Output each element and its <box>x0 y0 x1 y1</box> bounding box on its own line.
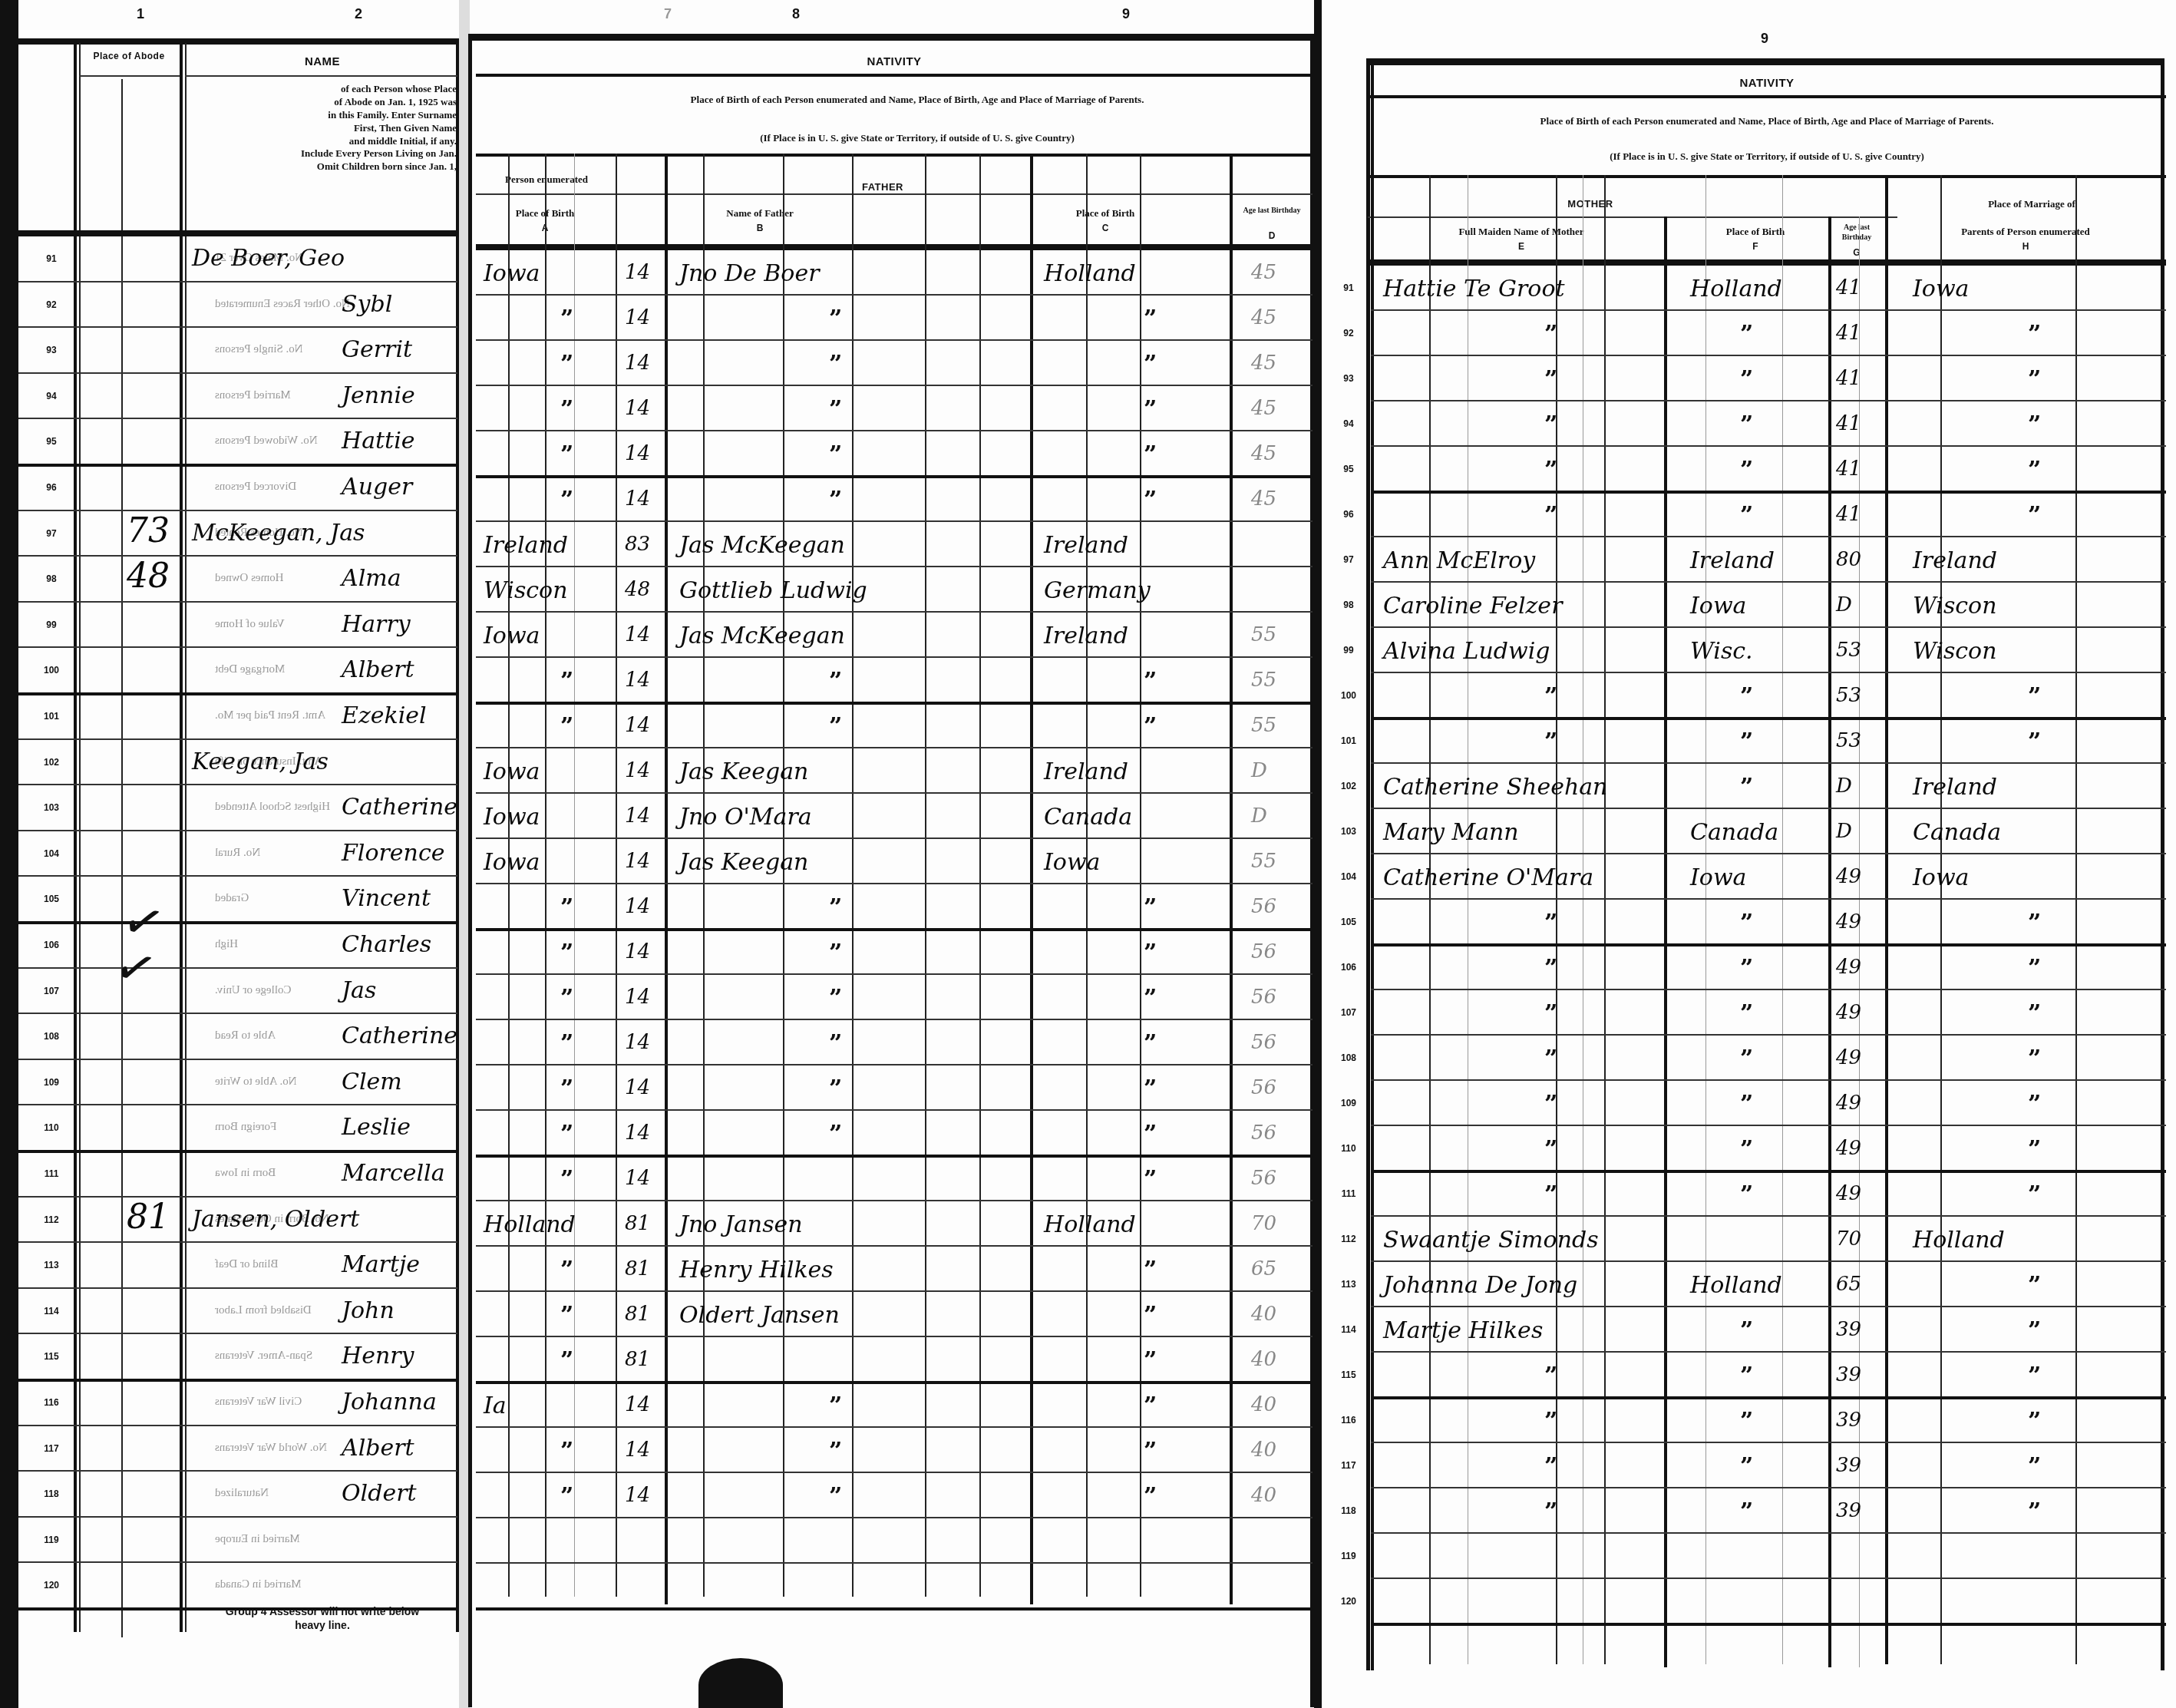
mother-name: ” <box>1544 1501 1557 1524</box>
father-name: Jno Jansen <box>679 1214 803 1237</box>
birthplace-code: 14 <box>625 987 650 1007</box>
col-h-label: Parents of Person enumerated <box>1891 226 2160 239</box>
row-rule <box>18 875 457 877</box>
birthplace-code: 14 <box>625 851 650 871</box>
mother-birthplace: ” <box>1740 1365 1753 1388</box>
person-name: Hattie <box>342 430 415 453</box>
father-birthplace: ” <box>1144 1078 1157 1101</box>
row-number: 107 <box>1329 1007 1368 1018</box>
parents-marriage-place: ” <box>2028 1455 2041 1478</box>
row-rule <box>476 1472 1313 1473</box>
mother-age: 41 <box>1836 414 1861 434</box>
rule <box>852 154 854 1597</box>
row-number: 115 <box>32 1351 71 1362</box>
row-rule <box>476 1155 1313 1158</box>
father-name: ” <box>829 987 842 1010</box>
row-rule <box>1371 989 2166 990</box>
header-bottom-rule <box>18 230 461 236</box>
mother-age: 53 <box>1836 640 1861 660</box>
row-rule <box>18 372 457 374</box>
row-rule <box>476 1426 1313 1428</box>
parents-marriage-place: Iowa <box>1913 278 1969 301</box>
mother-age: 49 <box>1836 912 1861 932</box>
mother-age: 41 <box>1836 368 1861 388</box>
father-birthplace: ” <box>1144 1259 1157 1282</box>
row-number: 94 <box>32 391 71 401</box>
row-number: 96 <box>1329 509 1368 520</box>
col-d-letter: D <box>1237 230 1306 241</box>
row-rule <box>476 611 1313 613</box>
row-rule <box>1371 1623 2166 1626</box>
father-name: Jas McKeegan <box>679 625 845 648</box>
ghost-bleedthrough: Homes Owned <box>215 572 284 585</box>
father-name: Jno De Boer <box>679 263 820 286</box>
column-number-9-right: 9 <box>1761 31 1768 47</box>
mother-birthplace: ” <box>1740 504 1753 527</box>
mother-age: D <box>1836 821 1852 841</box>
ghost-bleedthrough: College or Univ. <box>215 984 291 997</box>
row-rule <box>18 1425 457 1426</box>
father-birthplace: ” <box>1144 444 1157 467</box>
ghost-bleedthrough: High <box>215 938 238 951</box>
row-number: 104 <box>1329 871 1368 882</box>
mother-birthplace: ” <box>1740 912 1753 935</box>
father-name: ” <box>829 670 842 693</box>
parents-marriage-place: ” <box>2028 414 2041 437</box>
row-rule <box>1371 762 2166 764</box>
row-rule <box>476 1336 1313 1337</box>
parents-marriage-place: ” <box>2028 957 2041 980</box>
nativity-rule-right <box>1368 95 2166 98</box>
row-rule <box>1371 943 2166 947</box>
mid-frame <box>468 34 1314 1707</box>
row-number: 97 <box>1329 554 1368 565</box>
nativity-rule <box>476 74 1313 77</box>
person-birthplace: ” <box>560 987 573 1010</box>
mother-age: D <box>1836 776 1852 796</box>
rule <box>574 154 575 1597</box>
row-rule <box>18 784 457 785</box>
mother-name: ” <box>1544 957 1557 980</box>
right-page-mother: 9 NATIVITY Place of Birth of each Person… <box>1322 0 2176 1708</box>
mother-birthplace: ” <box>1740 1093 1753 1116</box>
person-name: McKeegan, Jas <box>192 522 365 545</box>
mother-birthplace: ” <box>1740 1320 1753 1343</box>
person-name: Gerrit <box>342 339 412 362</box>
mother-birthplace: Iowa <box>1690 867 1746 890</box>
row-rule <box>18 1013 457 1014</box>
row-number: 101 <box>32 711 71 722</box>
row-rule <box>18 555 457 557</box>
row-number: 120 <box>32 1580 71 1591</box>
father-age: 45 <box>1251 353 1276 373</box>
person-name: Marcella <box>342 1162 445 1185</box>
person-name: John <box>342 1300 395 1323</box>
mother-birthplace: ” <box>1740 1003 1753 1026</box>
father-age: 56 <box>1251 942 1276 962</box>
father-age: 45 <box>1251 263 1276 282</box>
father-birthplace: ” <box>1144 897 1157 920</box>
person-birthplace: ” <box>560 1259 573 1282</box>
person-birthplace: Wiscon <box>484 580 567 603</box>
father-age: 55 <box>1251 851 1276 871</box>
person-birthplace: ” <box>560 489 573 512</box>
row-number: 98 <box>32 573 71 584</box>
mother-age: 41 <box>1836 504 1861 524</box>
column-number-1: 1 <box>137 6 144 22</box>
row-rule <box>1371 309 2166 311</box>
parents-marriage-place: ” <box>2028 459 2041 482</box>
mother-age: 49 <box>1836 1003 1861 1022</box>
row-number: 102 <box>32 757 71 768</box>
parents-marriage-place: ” <box>2028 1184 2041 1207</box>
row-rule <box>1371 898 2166 900</box>
binding-edge <box>0 0 18 1708</box>
ghost-bleedthrough: Married Persons <box>215 389 291 402</box>
mother-birthplace: Wisc. <box>1690 640 1753 663</box>
row-number: 117 <box>32 1443 71 1454</box>
rule <box>1604 175 1606 1664</box>
name-header: NAME <box>192 55 453 68</box>
parents-marriage-place: ” <box>2028 912 2041 935</box>
mother-age: 39 <box>1836 1365 1861 1385</box>
father-name: Jas McKeegan <box>679 534 845 557</box>
mother-birthplace: ” <box>1740 323 1753 346</box>
thumb-shadow <box>698 1658 783 1708</box>
mother-birthplace: ” <box>1740 957 1753 980</box>
birthplace-code: 14 <box>625 353 650 373</box>
father-age: 70 <box>1251 1214 1276 1234</box>
instructions-rule <box>476 154 1313 157</box>
father-birthplace: ” <box>1144 987 1157 1010</box>
rule <box>616 154 617 1597</box>
row-rule <box>18 1150 457 1153</box>
instructions-rule-right <box>1368 175 2166 178</box>
parents-marriage-place: Canada <box>1913 821 2001 844</box>
ghost-bleedthrough: No. Able to Write <box>215 1075 297 1089</box>
row-rule <box>18 1470 457 1472</box>
father-age: 55 <box>1251 625 1276 645</box>
row-number: 92 <box>32 299 71 310</box>
footer-line: Group 4 Assessor will not write below <box>177 1604 468 1618</box>
person-name: De Boer, Geo <box>192 247 345 270</box>
row-rule <box>18 1104 457 1105</box>
dwelling-number: 73 <box>127 514 170 548</box>
person-enumerated-label: Person enumerated <box>477 173 616 187</box>
mother-age: 49 <box>1836 1138 1861 1158</box>
ghost-bleedthrough: Span-Amer. Veterans <box>215 1350 312 1363</box>
instruction-line: of Abode on Jan. 1, 1925 was <box>192 96 457 109</box>
row-number: 99 <box>32 619 71 630</box>
row-rule <box>1371 1351 2166 1353</box>
father-age: 56 <box>1251 987 1276 1007</box>
rule-e-right <box>1664 216 1667 1667</box>
parents-marriage-place: ” <box>2028 1501 2041 1524</box>
mother-name: Catherine O'Mara <box>1383 867 1593 890</box>
row-rule <box>476 1019 1313 1020</box>
row-rule <box>18 1516 457 1518</box>
row-number: 118 <box>32 1488 71 1499</box>
row-rule <box>1371 1442 2166 1443</box>
place-of-abode-header: Place of Abode <box>80 51 178 61</box>
row-number: 95 <box>32 436 71 447</box>
mother-name: ” <box>1544 1410 1557 1433</box>
row-rule <box>476 883 1313 884</box>
person-name: Keegan, Jas <box>192 751 329 774</box>
father-name: Jas Keegan <box>679 761 808 784</box>
mother-birthplace: Holland <box>1690 278 1782 301</box>
father-name: ” <box>829 489 842 512</box>
ghost-bleedthrough: Married in Canada <box>215 1578 301 1591</box>
mother-age: 49 <box>1836 1184 1861 1204</box>
person-birthplace: Iowa <box>484 263 540 286</box>
col-h-letter: H <box>1891 241 2160 252</box>
father-birthplace: ” <box>1144 1032 1157 1056</box>
birthplace-code: 14 <box>625 444 650 464</box>
dwelling-number: 81 <box>127 1201 170 1234</box>
mother-birthplace: ” <box>1740 1455 1753 1478</box>
mother-birthplace: ” <box>1740 1184 1753 1207</box>
row-number: 104 <box>32 848 71 859</box>
row-rule <box>476 837 1313 839</box>
row-number: 103 <box>1329 826 1368 837</box>
row-number: 109 <box>1329 1098 1368 1108</box>
row-rule <box>476 928 1313 931</box>
mother-age: 41 <box>1836 459 1861 479</box>
row-rule <box>476 1562 1313 1564</box>
row-number: 112 <box>32 1214 71 1225</box>
father-name: Jas Keegan <box>679 851 808 874</box>
person-birthplace: Iowa <box>484 851 540 874</box>
father-age: 55 <box>1251 715 1276 735</box>
row-number: 94 <box>1329 418 1368 429</box>
person-name: Albert <box>342 1437 414 1460</box>
assessor-footer-note: Group 4 Assessor will not write below he… <box>177 1604 468 1632</box>
mother-name: ” <box>1544 1138 1557 1161</box>
name-instructions: of each Person whose Place of Abode on J… <box>192 83 457 173</box>
mother-name: Alvina Ludwig <box>1383 640 1550 663</box>
parents-marriage-place: ” <box>2028 1365 2041 1388</box>
parents-marriage-place: ” <box>2028 1320 2041 1343</box>
mother-subrule <box>1368 216 1897 218</box>
row-number: 117 <box>1329 1460 1368 1471</box>
birthplace-code: 81 <box>625 1214 650 1234</box>
rule <box>1429 175 1431 1664</box>
parents-marriage-place: ” <box>2028 1138 2041 1161</box>
row-number: 119 <box>1329 1551 1368 1561</box>
father-birthplace: Holland <box>1044 1214 1136 1237</box>
father-name: ” <box>829 1395 842 1418</box>
parents-marriage-place: Holland <box>1913 1229 2005 1252</box>
father-age: 55 <box>1251 670 1276 690</box>
person-birthplace: ” <box>560 398 573 421</box>
row-number: 95 <box>1329 464 1368 474</box>
person-birthplace: Ia <box>484 1395 507 1418</box>
row-rule <box>1371 445 2166 447</box>
row-rule <box>476 1381 1313 1384</box>
row-rule <box>1371 853 2166 854</box>
father-age: 56 <box>1251 1032 1276 1052</box>
father-birthplace: Ireland <box>1044 761 1128 784</box>
father-name: Oldert Jansen <box>679 1304 840 1327</box>
father-birthplace: Holland <box>1044 263 1136 286</box>
mother-age: 53 <box>1836 731 1861 751</box>
ghost-bleedthrough: Graded <box>215 892 249 905</box>
row-number: 111 <box>1329 1188 1368 1199</box>
row-rule <box>476 1607 1313 1611</box>
father-birthplace: Ireland <box>1044 534 1128 557</box>
row-rule <box>18 281 457 282</box>
birthplace-code: 14 <box>625 670 650 690</box>
mother-name: Catherine Sheehan <box>1383 776 1607 799</box>
father-birthplace: Ireland <box>1044 625 1128 648</box>
row-rule <box>476 1290 1313 1292</box>
father-age: 45 <box>1251 489 1276 509</box>
mother-name: ” <box>1544 1455 1557 1478</box>
marriage-header: Place of Marriage of <box>1905 198 2158 211</box>
person-name: Vincent <box>342 887 431 910</box>
row-number: 119 <box>32 1535 71 1545</box>
person-birthplace: ” <box>560 444 573 467</box>
row-rule <box>476 1064 1313 1065</box>
row-rule <box>18 1196 457 1198</box>
father-birthplace: Germany <box>1044 580 1151 603</box>
rule <box>1705 175 1706 1664</box>
father-age: 56 <box>1251 1078 1276 1098</box>
person-birthplace: Holland <box>484 1214 576 1237</box>
person-birthplace: ” <box>560 353 573 376</box>
row-number: 98 <box>1329 600 1368 610</box>
person-name: Albert <box>342 659 414 682</box>
mother-age: 53 <box>1836 686 1861 705</box>
mother-age: 49 <box>1836 867 1861 887</box>
parents-marriage-place: Wiscon <box>1913 640 1996 663</box>
mother-birthplace: ” <box>1740 1138 1753 1161</box>
mother-name: Swaantje Simonds <box>1383 1229 1599 1252</box>
person-birthplace: ” <box>560 1304 573 1327</box>
col-f-letter: F <box>1686 241 1824 252</box>
nativity-instructions: Place of Birth of each Person enumerated… <box>522 94 1313 107</box>
birthplace-code: 14 <box>625 625 650 645</box>
ghost-bleedthrough: No. Other Races Enumerated <box>215 298 350 311</box>
abode-underline <box>80 75 180 77</box>
father-birthplace: ” <box>1144 1440 1157 1463</box>
mother-age: 65 <box>1836 1274 1861 1294</box>
person-birthplace: ” <box>560 1078 573 1101</box>
birthplace-code: 14 <box>625 398 650 418</box>
parents-marriage-place: ” <box>2028 686 2041 709</box>
father-birthplace: ” <box>1144 1304 1157 1327</box>
person-name: Johanna <box>342 1391 437 1414</box>
row-rule <box>1371 1260 2166 1262</box>
row-rule <box>1371 717 2166 720</box>
father-birthplace: ” <box>1144 308 1157 331</box>
person-name: Catherine <box>342 1025 457 1048</box>
person-birthplace: Iowa <box>484 806 540 829</box>
mother-age: 39 <box>1836 1455 1861 1475</box>
father-name: ” <box>829 1485 842 1508</box>
mother-age: 70 <box>1836 1229 1861 1249</box>
parents-marriage-place: ” <box>2028 1048 2041 1071</box>
mother-name: ” <box>1544 1184 1557 1207</box>
rule-abode-split <box>121 79 123 1637</box>
father-name: ” <box>829 897 842 920</box>
row-rule <box>1371 1578 2166 1579</box>
person-birthplace: ” <box>560 1123 573 1146</box>
row-rule <box>476 702 1313 705</box>
mother-name: ” <box>1544 731 1557 754</box>
row-rule <box>476 566 1313 567</box>
rule <box>1583 175 1583 1664</box>
person-name: Jansen, Oldert <box>192 1208 359 1231</box>
col-c-letter: C <box>1029 223 1182 233</box>
row-number: 102 <box>1329 781 1368 791</box>
row-number: 113 <box>1329 1279 1368 1290</box>
instruction-line: Include Every Person Living on Jan. <box>192 147 457 160</box>
father-age: 56 <box>1251 1168 1276 1188</box>
row-rule <box>18 921 457 924</box>
father-birthplace: ” <box>1144 353 1157 376</box>
row-rule <box>476 973 1313 975</box>
col-b-label: Name of Father <box>629 207 890 220</box>
father-name: Jno O'Mara <box>679 806 812 829</box>
row-number: 115 <box>1329 1369 1368 1380</box>
col-f-label: Place of Birth <box>1686 226 1824 239</box>
row-number: 120 <box>1329 1596 1368 1607</box>
col-d-label: Age last Birthday <box>1237 206 1306 216</box>
footer-line: heavy line. <box>177 1618 468 1632</box>
person-name: Alma <box>342 567 401 590</box>
father-name: ” <box>829 1123 842 1146</box>
row-number: 106 <box>1329 962 1368 973</box>
father-age: 45 <box>1251 308 1276 328</box>
mother-birthplace: ” <box>1740 414 1753 437</box>
mother-age: 39 <box>1836 1410 1861 1430</box>
father-age: 45 <box>1251 444 1276 464</box>
row-number: 105 <box>32 894 71 904</box>
row-number: 93 <box>1329 373 1368 384</box>
row-number: 105 <box>1329 917 1368 927</box>
row-rule <box>1371 1125 2166 1126</box>
father-name: ” <box>829 444 842 467</box>
row-rule <box>476 475 1313 478</box>
father-name: ” <box>829 308 842 331</box>
row-rule <box>18 830 457 831</box>
father-age: 40 <box>1251 1395 1276 1415</box>
rule <box>2075 175 2077 1664</box>
father-age: 45 <box>1251 398 1276 418</box>
row-number: 103 <box>32 802 71 813</box>
ghost-bleedthrough: Disabled from Labor <box>215 1304 312 1317</box>
tally-check-mark: ✓ <box>110 940 162 998</box>
parents-marriage-place: ” <box>2028 1410 2041 1433</box>
row-rule <box>1371 581 2166 583</box>
row-number: 110 <box>1329 1143 1368 1154</box>
mother-age: 49 <box>1836 957 1861 977</box>
mother-age: D <box>1836 595 1852 615</box>
row-rule <box>476 339 1313 341</box>
ghost-bleedthrough: Value of Home <box>215 618 285 631</box>
father-birthplace: ” <box>1144 715 1157 738</box>
mother-age: 49 <box>1836 1048 1861 1068</box>
person-name: Sybl <box>342 293 392 316</box>
birthplace-code: 14 <box>625 1168 650 1188</box>
row-rule <box>1371 1170 2166 1173</box>
person-name: Jennie <box>342 385 415 408</box>
ghost-bleedthrough: Highest School Attended <box>215 801 330 814</box>
parents-marriage-place: Wiscon <box>1913 595 1996 618</box>
rule-b-right <box>1030 154 1033 1604</box>
